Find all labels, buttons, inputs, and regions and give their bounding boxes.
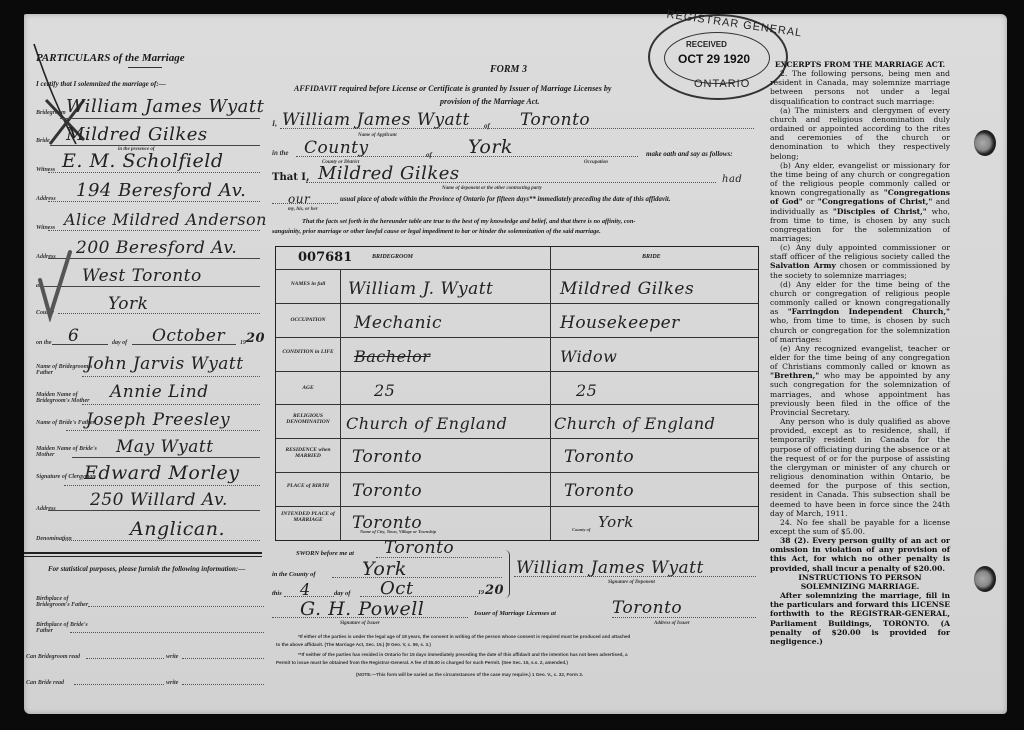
issuer-sig-label: Signature of Issuer	[340, 621, 380, 627]
applicant-prefix: I,	[272, 121, 277, 127]
deponent-signature: William James Wyatt	[516, 558, 704, 578]
bride-father-value: Joseph Preesley	[86, 410, 230, 430]
groom-write-label: write	[166, 654, 178, 660]
groom-read-line	[86, 658, 164, 659]
day-of-label: day of	[112, 340, 127, 346]
clergyman-value: Edward Morley	[84, 462, 239, 484]
witness1-name: E. M. Scholfield	[62, 150, 223, 172]
this-label: this	[272, 590, 282, 597]
groom-religion: Church of England	[346, 414, 507, 433]
that-i-label: That I,	[272, 172, 309, 183]
issuer-at: Toronto	[612, 598, 682, 618]
witness2-line	[48, 230, 260, 231]
issuer-address-label: Address of Issuer	[654, 621, 690, 627]
day-line	[52, 344, 108, 345]
statistical-note: For statistical purposes, please furnish…	[26, 565, 262, 574]
punch-hole-icon	[974, 130, 996, 156]
sworn-county-line	[332, 577, 502, 578]
of2-label: of	[426, 152, 432, 158]
marriage-act-excerpts: EXCERPTS FROM THE MARRIAGE ACT. 2. The f…	[770, 60, 950, 646]
intended-sub-bride: County of	[572, 527, 590, 533]
bride-read-label: Can Bride read	[26, 680, 64, 686]
footnote-2b: Permit to issue must be obtained from th…	[276, 660, 568, 666]
footnote-1b: to the above affidavit. (The Marriage Ac…	[276, 642, 431, 648]
on-the-label: on the	[36, 340, 52, 346]
address1-line	[48, 201, 260, 202]
issuer-text: Issuer of Marriage Licenses at	[474, 610, 556, 617]
bride-intended-place: York	[598, 513, 634, 531]
at-value: West Toronto	[82, 266, 202, 286]
excerpt-section-24: 24. No fee shall be payable for a licens…	[770, 518, 950, 536]
witness1-line	[48, 172, 260, 173]
bride-residence: Toronto	[564, 447, 634, 467]
bride-birthplace: Toronto	[564, 481, 634, 501]
groom-age: 25	[374, 381, 395, 400]
sworn-county-value: York	[362, 558, 407, 580]
birthplace-bride-father-line	[70, 632, 264, 633]
witness2-name: Alice Mildred Anderson	[64, 210, 267, 229]
address1-value: 194 Beresford Av.	[76, 180, 246, 201]
instructions-text: After solemnizing the marriage, fill in …	[770, 591, 950, 646]
bride-read-line	[74, 684, 164, 685]
groom-mother-label: Maiden Name of Bridegroom's Mother	[36, 392, 100, 404]
of-label: of	[484, 123, 490, 129]
had-value: had	[722, 174, 742, 185]
bride-line	[50, 145, 260, 146]
col-bridegroom: BRIDEGROOM	[372, 254, 413, 260]
clergyman-line	[64, 485, 260, 486]
address2-line	[48, 258, 260, 259]
abode-label: my, his, or her	[288, 207, 318, 213]
bride-mother-value: May Wyatt	[116, 437, 214, 457]
in-the-label: in the	[272, 150, 289, 156]
deponent-name: Mildred Gilkes	[318, 163, 460, 184]
form-number: FORM 3	[490, 64, 527, 75]
row-label-age: AGE	[276, 385, 340, 391]
bridegroom-name: William James Wyatt	[66, 96, 264, 117]
row-label-intended-place: INTENDED PLACE of MARRIAGE	[276, 511, 340, 523]
row-label-residence: RESIDENCE when MARRIED	[276, 447, 340, 459]
instructions-title: INSTRUCTIONS TO PERSON SOLEMNIZING MARRI…	[770, 573, 950, 591]
row-label-birthplace: PLACE of BIRTH	[276, 483, 340, 489]
groom-birthplace: Toronto	[352, 481, 422, 501]
stamp-bottom-text: ONTARIO	[694, 78, 750, 90]
clergy-address-value: 250 Willard Av.	[90, 490, 228, 510]
checkmark-icon	[30, 246, 76, 322]
groom-names: William J. Wyatt	[348, 279, 493, 299]
marriage-year: 20	[246, 331, 265, 346]
bride-age: 25	[576, 381, 597, 400]
record-number: 007681	[298, 250, 352, 265]
deponent-sig-label: Signature of Deponent	[608, 580, 655, 586]
at-line	[44, 286, 260, 287]
footnote-3: (NOTE.—This form will be varied as the c…	[356, 672, 583, 678]
clergy-address-line	[48, 510, 260, 511]
denomination-label: Denomination	[36, 536, 106, 542]
groom-mother-value: Annie Lind	[110, 382, 209, 402]
col-bride: BRIDE	[642, 254, 661, 260]
sworn-label: SWORN before me at	[296, 550, 354, 557]
excerpt-any-person: Any person who is duly qualified as abov…	[770, 417, 950, 518]
sworn-at-value: Toronto	[384, 538, 454, 558]
county-line	[58, 313, 260, 314]
sworn-year-prefix: 19	[478, 590, 484, 596]
bride-religion: Church of England	[554, 414, 715, 433]
particulars-table: 007681 BRIDEGROOM BRIDE NAMES in full OC…	[275, 246, 759, 541]
excerpts-title: EXCERPTS FROM THE MARRIAGE ACT.	[770, 60, 950, 69]
bride-mother-line	[72, 457, 260, 458]
birthplace-groom-father-line	[88, 606, 264, 607]
groom-residence: Toronto	[352, 447, 422, 467]
intended-sub-groom: Name of City, Town, Village or Township	[360, 529, 436, 535]
title-divider	[128, 67, 162, 68]
groom-write-line	[182, 658, 264, 659]
abode-value: our	[288, 192, 310, 206]
sworn-month-line	[360, 596, 478, 597]
footnote-2a: **If neither of the parties has resided …	[298, 652, 628, 658]
bride-name: Mildred Gilkes	[66, 124, 208, 145]
excerpt-d: (d) Any elder for the time being of the …	[770, 280, 950, 344]
county-value: York	[108, 294, 148, 314]
denomination-value: Anglican.	[130, 518, 225, 540]
marriage-day: 6	[68, 326, 79, 346]
groom-father-line	[82, 376, 260, 377]
denomination-line	[62, 540, 260, 541]
section-divider	[24, 552, 262, 557]
bride-condition: Widow	[560, 347, 617, 366]
bracket	[505, 550, 510, 598]
bride-names: Mildred Gilkes	[560, 279, 694, 299]
address2-value: 200 Beresford Av.	[76, 238, 237, 258]
bride-occupation: Housekeeper	[560, 313, 680, 333]
occupation-label: Occupation	[584, 160, 608, 166]
groom-occupation: Mechanic	[354, 313, 442, 333]
bride-father-line	[66, 430, 260, 431]
bride-write-line	[182, 684, 264, 685]
abode-text: usual place of abode within the Province…	[340, 196, 670, 203]
groom-read-label: Can Bridegroom read	[26, 654, 80, 660]
bridegroom-line	[60, 118, 260, 119]
oath-text: make oath and say as follows:	[646, 150, 733, 158]
affidavit-heading-2: provision of the Marriage Act.	[440, 97, 539, 106]
issuer-signature: G. H. Powell	[300, 598, 424, 620]
affidavit-heading-1: AFFIDAVIT required before License or Cer…	[294, 84, 611, 93]
sworn-month: Oct	[380, 578, 414, 599]
facts-line-2: sanguinity, prior marriage or other lawf…	[272, 228, 601, 235]
row-label-occupation: OCCUPATION	[276, 317, 340, 323]
stamp-received: RECEIVED	[686, 40, 727, 49]
sworn-year: 20	[485, 583, 504, 598]
sworn-county-label: in the County of	[272, 571, 316, 578]
bride-write-label: write	[166, 680, 178, 686]
groom-father-value: John Jarvis Wyatt	[86, 354, 244, 374]
groom-condition: Bachelor	[354, 347, 430, 366]
marriage-month: October	[152, 326, 225, 346]
affidavit-county: York	[468, 136, 513, 158]
footnote-1a: *If either of the parties is under the l…	[298, 634, 630, 640]
excerpt-b: (b) Any elder, evangelist or missionary …	[770, 161, 950, 243]
facts-line-1: That the facts set forth in the hereunde…	[302, 218, 636, 225]
row-label-condition: CONDITION in LIFE	[276, 349, 340, 355]
county-type-value: County	[304, 138, 369, 158]
applicant-name: William James Wyatt	[282, 110, 470, 130]
excerpt-a: (a) The ministers and clergymen of every…	[770, 106, 950, 161]
stamp-date: OCT 29 1920	[678, 52, 750, 66]
punch-hole-icon	[974, 566, 996, 592]
row-label-names: NAMES in full	[276, 281, 340, 287]
deponent-label: Name of deponent or the other contractin…	[442, 186, 542, 192]
excerpt-e: (e) Any recognized evangelist, teacher o…	[770, 344, 950, 417]
sworn-day: 4	[300, 580, 311, 599]
excerpt-section-2: 2. The following persons, being men and …	[770, 69, 950, 106]
groom-mother-line	[82, 404, 260, 405]
excerpt-c: (c) Any duly appointed commissioner or s…	[770, 243, 950, 280]
applicant-place: Toronto	[520, 110, 590, 130]
row-label-religion: RELIGIOUS DENOMINATION	[276, 413, 340, 425]
sworn-day-of-label: day of	[334, 590, 350, 597]
excerpt-section-38: 38 (2). Every person guilty of an act or…	[770, 536, 950, 573]
